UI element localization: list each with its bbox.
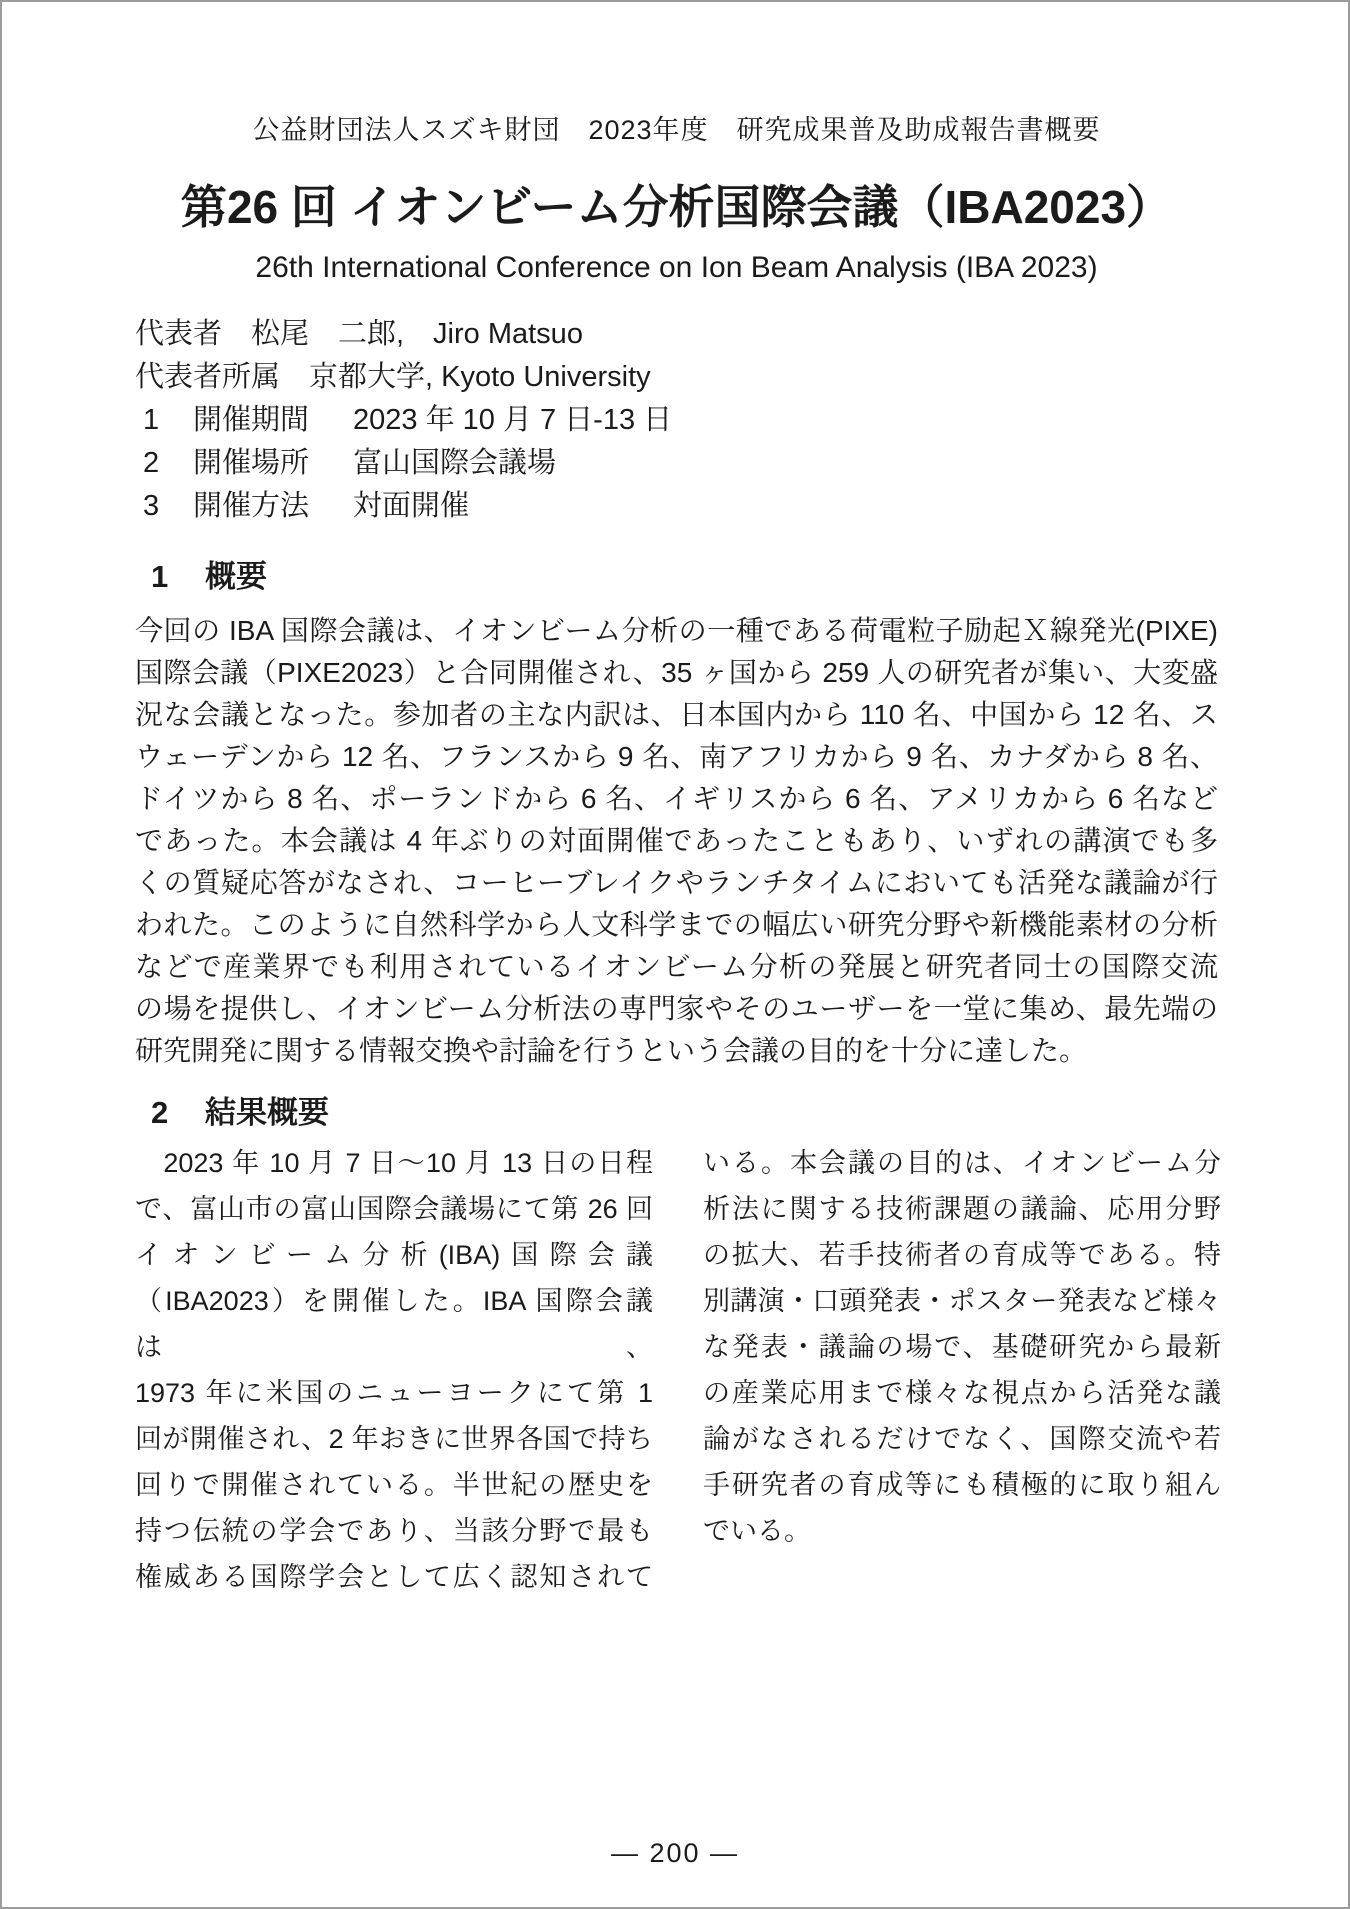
paragraph-line: であった。本会議は 4 年ぶりの対面開催であったこともあり、いずれの講演でも多 (135, 820, 1218, 862)
section2-heading: 2 結果概要 (135, 1094, 1218, 1132)
column-line: 回りで開催されている。半世紀の歴史を (135, 1462, 653, 1508)
section1-number: 1 (151, 558, 205, 596)
conference-info-block: 代表者 松尾 二郎, Jiro Matsuo 代表者所属 京都大学, Kyoto… (135, 313, 1218, 528)
meta-item-value: 対面開催 (353, 485, 469, 528)
paragraph-line: くの質疑応答がなされ、コーヒーブレイクやランチタイムにおいても活発な議論が行 (135, 862, 1218, 904)
column-line: で、富山市の富山国際会議場にて第 26 回 (135, 1186, 653, 1232)
section2-right-column: いる。本会議の目的は、イオンビーム分 析法に関する技術課題の議論、応用分野 の拡… (703, 1140, 1221, 1600)
paragraph-line: ドイツから 8 名、ポーランドから 6 名、イギリスから 6 名、アメリカから … (135, 778, 1218, 820)
column-line: 析法に関する技術課題の議論、応用分野 (703, 1186, 1221, 1232)
meta-item-number: 1 (143, 399, 193, 442)
document-subtitle-english: 26th International Conference on Ion Bea… (135, 251, 1218, 285)
column-line: 2023 年 10 月 7 日～10 月 13 日の日程 (135, 1140, 653, 1186)
column-line: でいる。 (703, 1508, 1221, 1554)
document-title: 第26 回 イオンビーム分析国際会議（IBA2023） (135, 171, 1218, 237)
column-line: （IBA2023）を開催した。IBA 国際会議は、 (135, 1278, 653, 1370)
meta-item-label: 開催期間 (193, 399, 353, 442)
paragraph-line: われた。このように自然科学から人文科学までの幅広い研究分野や新機能素材の分析 (135, 904, 1218, 946)
meta-item-row: 3 開催方法 対面開催 (135, 485, 1218, 528)
meta-item-number: 2 (143, 442, 193, 485)
section1-paragraph: 今回の IBA 国際会議は、イオンビーム分析の一種である荷電粒子励起Ｘ線発光(P… (135, 610, 1218, 1072)
column-line: 権威ある国際学会として広く認知されて (135, 1554, 653, 1600)
document-kicker: 公益財団法人スズキ財団 2023年度 研究成果普及助成報告書概要 (135, 108, 1218, 147)
meta-item-label: 開催方法 (193, 485, 353, 528)
section1-title: 概要 (205, 558, 267, 596)
conference-meta-list: 1 開催期間 2023 年 10 月 7 日-13 日 2 開催場所 富山国際会… (135, 399, 1218, 528)
representative-line: 代表者 松尾 二郎, Jiro Matsuo (135, 313, 1218, 356)
column-line: 別講演・口頭発表・ポスター発表など様々 (703, 1278, 1221, 1324)
paragraph-line: 今回の IBA 国際会議は、イオンビーム分析の一種である荷電粒子励起Ｘ線発光(P… (135, 610, 1218, 652)
column-line: 持つ伝統の学会であり、当該分野で最も (135, 1508, 653, 1554)
paragraph-line: などで産業界でも利用されているイオンビーム分析の発展と研究者同士の国際交流 (135, 946, 1218, 988)
paragraph-line: 国際会議（PIXE2023）と合同開催され、35 ヶ国から 259 人の研究者が… (135, 652, 1218, 694)
affiliation-line: 代表者所属 京都大学, Kyoto University (135, 356, 1218, 399)
column-line: いる。本会議の目的は、イオンビーム分 (703, 1140, 1221, 1186)
section2-two-column-text: 2023 年 10 月 7 日～10 月 13 日の日程 で、富山市の富山国際会… (135, 1140, 1218, 1600)
meta-item-row: 1 開催期間 2023 年 10 月 7 日-13 日 (135, 399, 1218, 442)
column-line: の拡大、若手技術者の育成等である。特 (703, 1232, 1221, 1278)
paragraph-line: 研究開発に関する情報交換や討論を行うという会議の目的を十分に達した。 (135, 1030, 1218, 1072)
column-line: な発表・議論の場で、基礎研究から最新 (703, 1324, 1221, 1370)
section2-left-column: 2023 年 10 月 7 日～10 月 13 日の日程 で、富山市の富山国際会… (135, 1140, 653, 1600)
paragraph-line: 況な会議となった。参加者の主な内訳は、日本国内から 110 名、中国から 12 … (135, 694, 1218, 736)
section2-title: 結果概要 (205, 1094, 329, 1132)
meta-item-label: 開催場所 (193, 442, 353, 485)
meta-item-value: 富山国際会議場 (353, 442, 556, 485)
column-line: 回が開催され、2 年おきに世界各国で持ち (135, 1416, 653, 1462)
column-line: 論がなされるだけでなく、国際交流や若 (703, 1416, 1221, 1462)
paragraph-line: の場を提供し、イオンビーム分析法の専門家やそのユーザーを一堂に集め、最先端の (135, 988, 1218, 1030)
section1-heading: 1 概要 (135, 558, 1218, 596)
column-line: 1973 年に米国のニューヨークにて第 1 (135, 1370, 653, 1416)
column-line: イオンビーム分析(IBA)国際会議 (135, 1232, 653, 1278)
meta-item-value: 2023 年 10 月 7 日-13 日 (353, 399, 672, 442)
meta-item-row: 2 開催場所 富山国際会議場 (135, 442, 1218, 485)
report-page: 公益財団法人スズキ財団 2023年度 研究成果普及助成報告書概要 第26 回 イ… (0, 0, 1350, 1909)
paragraph-line: ウェーデンから 12 名、フランスから 9 名、南アフリカから 9 名、カナダか… (135, 736, 1218, 778)
column-line: の産業応用まで様々な視点から活発な議 (703, 1370, 1221, 1416)
column-line: 手研究者の育成等にも積極的に取り組ん (703, 1462, 1221, 1508)
page-number: ― 200 ― (2, 1838, 1348, 1869)
section2-number: 2 (151, 1094, 205, 1132)
meta-item-number: 3 (143, 485, 193, 528)
